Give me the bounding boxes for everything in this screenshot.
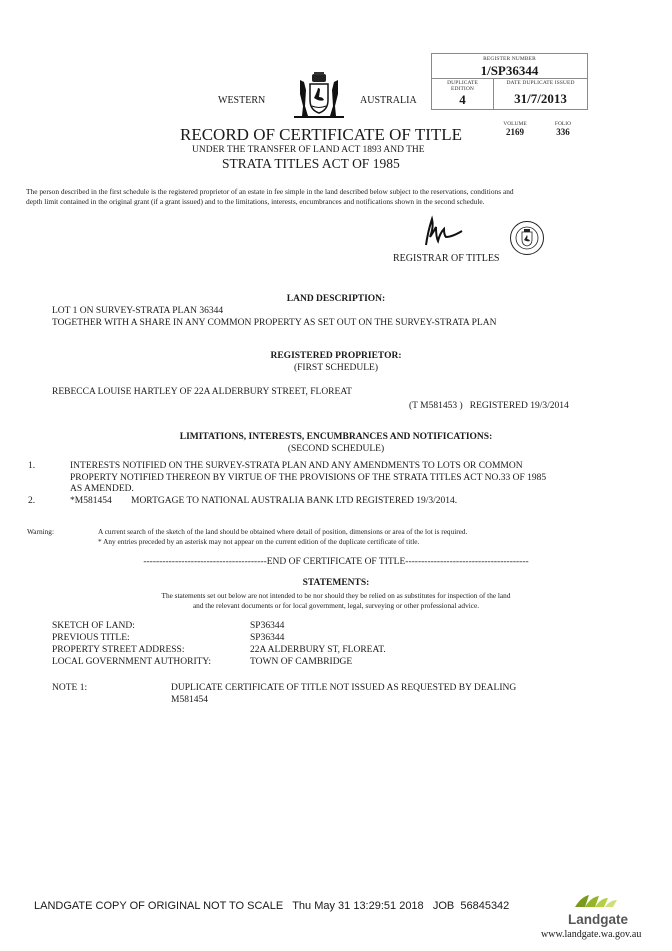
note-label: NOTE 1: xyxy=(52,683,87,695)
end-of-certificate-line: ---------------------------------------E… xyxy=(0,557,672,567)
registrar-label: REGISTRAR OF TITLES xyxy=(393,253,500,264)
document-title: RECORD OF CERTIFICATE OF TITLE xyxy=(180,125,462,145)
folio-block: FOLIO 336 xyxy=(548,121,578,137)
document-subtitle: UNDER THE TRANSFER OF LAND ACT 1893 AND … xyxy=(192,145,425,155)
warning-label: Warning: xyxy=(27,527,54,537)
folio-value: 336 xyxy=(548,127,578,137)
western-label: WESTERN xyxy=(218,95,265,106)
land-description-heading: LAND DESCRIPTION: xyxy=(0,294,672,304)
limitation-2-ref: *M581454 xyxy=(70,496,112,508)
date-issued-label: DATE DUPLICATE ISSUED xyxy=(494,80,587,86)
note-line-1: DUPLICATE CERTIFICATE OF TITLE NOT ISSUE… xyxy=(171,683,516,695)
duplicate-edition: 4 xyxy=(432,93,493,106)
australia-label: AUSTRALIA xyxy=(360,95,417,106)
intro-paragraph: The person described in the first schedu… xyxy=(26,187,526,207)
proprietor-registration: (T M581453 ) REGISTERED 19/3/2014 xyxy=(409,401,569,413)
second-schedule-label: (SECOND SCHEDULE) xyxy=(0,444,672,454)
limitation-1-text: INTERESTS NOTIFIED ON THE SURVEY-STRATA … xyxy=(70,461,560,496)
warning-line-2: * Any entries preceded by an asterisk ma… xyxy=(98,537,419,547)
volume-block: VOLUME 2169 xyxy=(500,121,530,137)
limitation-2-number: 2. xyxy=(28,496,35,508)
limitation-2-text: MORTGAGE TO NATIONAL AUSTRALIA BANK LTD … xyxy=(131,496,457,508)
limitations-heading: LIMITATIONS, INTERESTS, ENCUMBRANCES AND… xyxy=(0,432,672,442)
volume-value: 2169 xyxy=(500,127,530,137)
landgate-logo-icon xyxy=(573,893,623,911)
register-number-label: REGISTER NUMBER xyxy=(432,56,587,62)
register-box: REGISTER NUMBER 1/SP36344 DUPLICATE EDIT… xyxy=(431,53,588,110)
limitation-1-number: 1. xyxy=(28,461,35,473)
land-description-line-2: TOGETHER WITH A SHARE IN ANY COMMON PROP… xyxy=(52,318,496,330)
date-issued: 31/7/2013 xyxy=(494,92,587,105)
statement-label-sketch: SKETCH OF LAND: xyxy=(52,621,135,633)
warning-line-1: A current search of the sketch of the la… xyxy=(98,527,467,537)
signature-icon xyxy=(420,215,468,251)
statement-value-previous-title: SP36344 xyxy=(250,633,284,645)
statement-label-address: PROPERTY STREET ADDRESS: xyxy=(52,645,184,657)
proprietor-heading: REGISTERED PROPRIETOR: xyxy=(0,351,672,361)
registrar-seal-icon xyxy=(509,220,545,256)
landgate-brand: Landgate xyxy=(568,912,628,927)
first-schedule-label: (FIRST SCHEDULE) xyxy=(0,363,672,373)
note-line-2: M581454 xyxy=(171,695,208,707)
statement-value-address: 22A ALDERBURY ST, FLOREAT. xyxy=(250,645,386,657)
statement-value-lga: TOWN OF CAMBRIDGE xyxy=(250,657,352,669)
statement-label-lga: LOCAL GOVERNMENT AUTHORITY: xyxy=(52,657,211,669)
proprietor-name: REBECCA LOUISE HARTLEY OF 22A ALDERBURY … xyxy=(52,387,352,399)
duplicate-edition-cell: DUPLICATE EDITION 4 xyxy=(432,79,494,109)
print-timestamp: Thu May 31 13:29:51 2018 xyxy=(292,900,423,912)
register-number: 1/SP36344 xyxy=(432,64,587,77)
statement-label-previous-title: PREVIOUS TITLE: xyxy=(52,633,130,645)
copy-notice: LANDGATE COPY OF ORIGINAL NOT TO SCALE xyxy=(34,900,283,912)
footer-copy-notice: LANDGATE COPY OF ORIGINAL NOT TO SCALE T… xyxy=(34,900,509,912)
act-title: STRATA TITLES ACT OF 1985 xyxy=(222,156,400,172)
job-number: JOB 56845342 xyxy=(433,900,509,912)
date-issued-cell: DATE DUPLICATE ISSUED 31/7/2013 xyxy=(494,79,587,109)
landgate-url[interactable]: www.landgate.wa.gov.au xyxy=(541,929,641,940)
statement-value-sketch: SP36344 xyxy=(250,621,284,633)
statements-disclaimer-1: The statements set out below are not int… xyxy=(0,591,672,600)
statements-disclaimer-2: and the relevant documents or for local … xyxy=(0,601,672,610)
wa-coat-of-arms-icon xyxy=(292,72,346,120)
register-number-cell: REGISTER NUMBER 1/SP36344 xyxy=(432,54,587,79)
duplicate-edition-label: DUPLICATE EDITION xyxy=(432,80,493,92)
statements-heading: STATEMENTS: xyxy=(0,578,672,588)
land-description-line-1: LOT 1 ON SURVEY-STRATA PLAN 36344 xyxy=(52,306,223,318)
